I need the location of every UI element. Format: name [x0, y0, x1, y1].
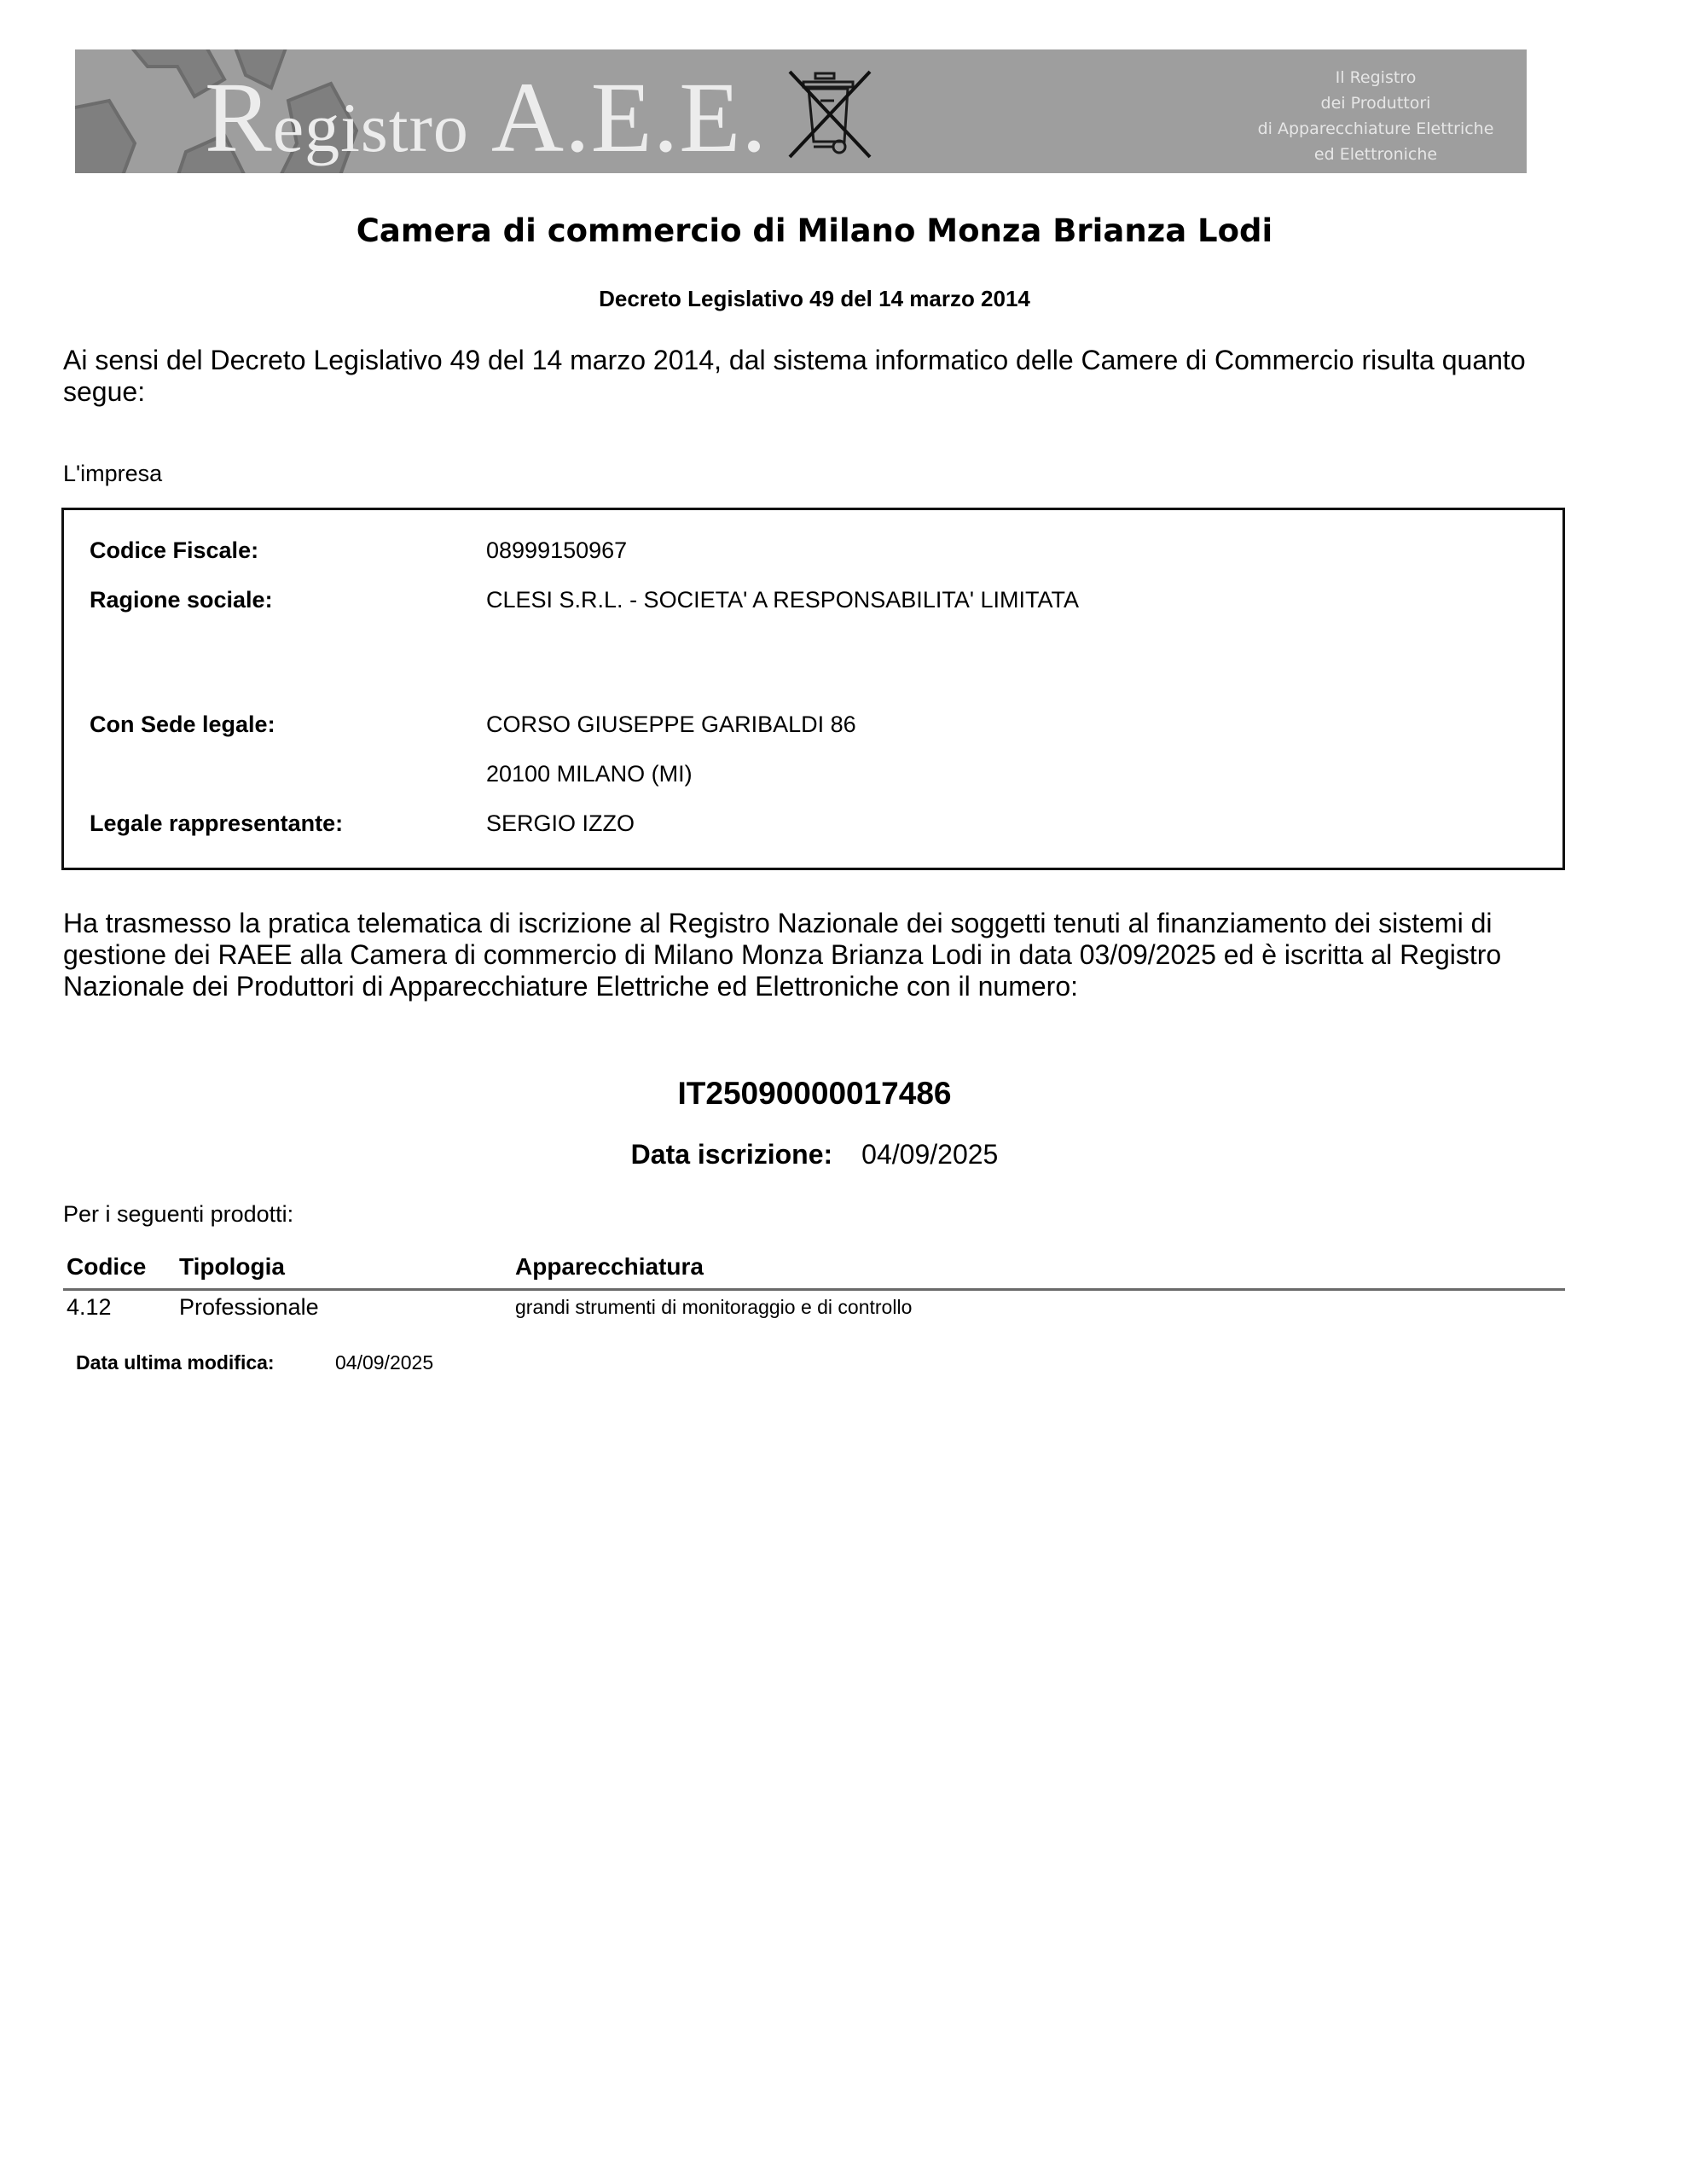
registration-number: IT25090000017486	[0, 1074, 1629, 1113]
sede-legale-address: CORSO GIUSEPPE GARIBALDI 86	[486, 710, 856, 739]
registro-aee-banner: Registro A.E.E. Il Registro dei Produtto…	[75, 49, 1527, 173]
last-modified-label: Data ultima modifica:	[76, 1351, 275, 1374]
banner-title-acronym: A.E.E.	[491, 61, 768, 173]
registration-date-label: Data iscrizione:	[631, 1139, 833, 1170]
products-table: Codice Tipologia Apparecchiatura 4.12 Pr…	[63, 1251, 1565, 1323]
banner-subtitle-line: ed Elettroniche	[1235, 142, 1516, 167]
products-section-label: Per i seguenti prodotti:	[63, 1199, 293, 1228]
banner-subtitle-line: dei Produttori	[1235, 90, 1516, 116]
column-header-codice: Codice	[67, 1251, 146, 1283]
legale-rappresentante-value: SERGIO IZZO	[486, 809, 635, 838]
page-title: Camera di commercio di Milano Monza Bria…	[0, 210, 1629, 253]
sede-legale-city: 20100 MILANO (MI)	[486, 759, 693, 788]
sede-legale-label: Con Sede legale:	[90, 710, 275, 739]
ragione-sociale-value: CLESI S.R.L. - SOCIETA' A RESPONSABILITA…	[486, 585, 1079, 614]
table-row: 4.12 Professionale grandi strumenti di m…	[63, 1291, 1565, 1323]
banner-title-initial: R	[205, 61, 273, 173]
cell-tipologia: Professionale	[179, 1291, 319, 1323]
banner-subtitle: Il Registro dei Produttori di Apparecchi…	[1235, 65, 1516, 167]
column-header-tipologia: Tipologia	[179, 1251, 285, 1283]
legale-rappresentante-label: Legale rappresentante:	[90, 809, 343, 838]
transmission-paragraph: Ha trasmesso la pratica telematica di is…	[63, 908, 1564, 1002]
intro-paragraph: Ai sensi del Decreto Legislativo 49 del …	[63, 345, 1564, 408]
banner-title-rest: egistro	[273, 89, 469, 166]
registration-date-value: 04/09/2025	[861, 1139, 998, 1170]
registration-date: Data iscrizione:04/09/2025	[0, 1137, 1629, 1171]
cell-apparecchiatura: grandi strumenti di monitoraggio e di co…	[515, 1291, 912, 1323]
banner-subtitle-line: di Apparecchiature Elettriche	[1235, 116, 1516, 142]
products-table-header: Codice Tipologia Apparecchiatura	[63, 1251, 1565, 1285]
ragione-sociale-label: Ragione sociale:	[90, 585, 273, 614]
last-modified: Data ultima modifica: 04/09/2025	[76, 1350, 275, 1375]
crossed-out-wheelie-bin-icon	[783, 68, 877, 162]
codice-fiscale-value: 08999150967	[486, 536, 627, 565]
company-details-box: Codice Fiscale: 08999150967 Ragione soci…	[61, 508, 1565, 870]
banner-subtitle-line: Il Registro	[1235, 65, 1516, 90]
codice-fiscale-label: Codice Fiscale:	[90, 536, 258, 565]
page-subtitle: Decreto Legislativo 49 del 14 marzo 2014	[0, 283, 1629, 314]
impresa-section-label: L'impresa	[63, 459, 162, 488]
banner-title: Registro A.E.E.	[205, 67, 768, 173]
column-header-apparecchiatura: Apparecchiatura	[515, 1251, 704, 1283]
cell-codice: 4.12	[67, 1291, 112, 1323]
last-modified-value: 04/09/2025	[335, 1350, 433, 1375]
